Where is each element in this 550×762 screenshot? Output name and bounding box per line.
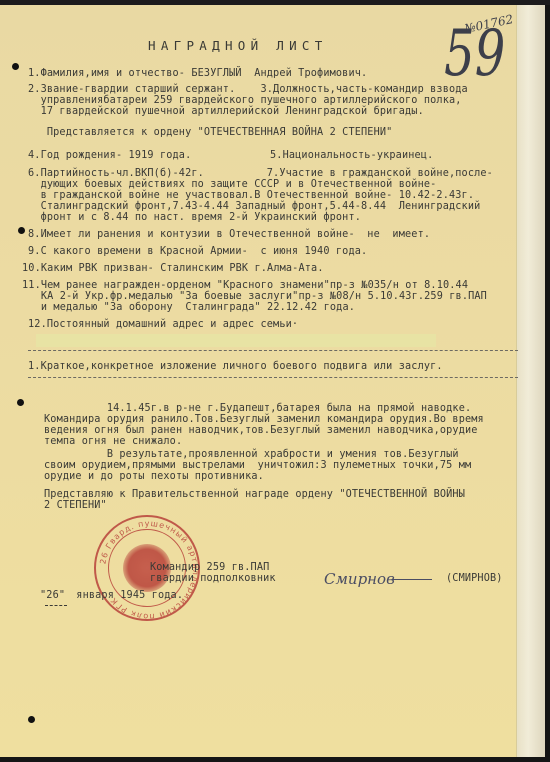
field-3-unit-line2: управлениябатареи 259 гвардейского пушеч…	[28, 95, 462, 106]
signer-name: (СМИРНОВ)	[446, 573, 503, 584]
punch-hole-middle	[18, 227, 25, 234]
field-12-home-address: 12.Постоянный домашний адрес и адрес сем…	[28, 319, 298, 330]
citation-line-3: ведения огня был ранен наводчик,тов.Безу…	[44, 425, 478, 436]
citation-line-7: орудие и до роты пехоты противника.	[44, 471, 264, 482]
nomination-line-2: 2 СТЕПЕНИ"	[44, 500, 107, 511]
field-11-awards-line3: и медалью "За оборону Сталинграда" 22.12…	[22, 302, 355, 313]
citation-line-4: темпа огня не снижало.	[44, 436, 182, 447]
field-4-birth-year: 4.Год рождения- 1919 года.	[28, 150, 191, 161]
punch-hole-lower	[17, 399, 24, 406]
field-7-line5: фронт и с 8.44 по наст. время 2-й Украин…	[28, 212, 361, 223]
punch-hole-bottom	[28, 716, 35, 723]
field-7-line3: в гражданской войне не участвовал.В Отеч…	[28, 190, 474, 201]
field-6-party: 6.Партийность-чл.ВКП(б)-42г. 7.Участие в…	[28, 168, 493, 179]
citation-line-2: Командира орудия ранило.Тов.Безуглый зам…	[44, 414, 484, 425]
citation-line-1: 14.1.45г.в р-не г.Будапешт,батарея была …	[44, 403, 471, 414]
document-title: НАГРАДНОЙ ЛИСТ	[148, 38, 328, 53]
field-5-nationality: 5.Национальность-украинец.	[270, 150, 433, 161]
citation-line-5: В результате,проявленной храбрости и уме…	[44, 449, 459, 460]
signer-position: Командир 259 гв.ПАП	[150, 562, 269, 573]
award-sheet-page: НАГРАДНОЙ ЛИСТ 59 №01762 1.Фамилия,имя и…	[0, 5, 550, 757]
field-8-wounds: 8.Имеет ли ранения и контузии в Отечеств…	[28, 229, 430, 240]
field-1-full-name: 1.Фамилия,имя и отчество- БЕЗУГЛЫЙ Андре…	[28, 68, 367, 79]
field-11-awards-line2: КА 2-й Укр.фр.медалью "За боевые заслуги…	[22, 291, 487, 302]
torn-paper-strip	[516, 5, 545, 757]
order-nomination: Представляется к ордену "ОТЕЧЕСТВЕННАЯ В…	[28, 127, 392, 138]
field-7-line4: Сталинградский фронт,7.43-4.44 Западный …	[28, 201, 480, 212]
field-2-rank-position: 2.Звание-гвардии старший сержант. 3.Долж…	[28, 84, 468, 95]
field-11-awards-line1: 11.Чем ранее награжден-орденом "Красного…	[22, 280, 468, 291]
field-7-line2: дующих боевых действиях по защите СССР и…	[28, 179, 436, 190]
handwritten-signature: Смирнов	[324, 570, 395, 588]
citation-line-6: своим орудием,прямыми выстрелами уничтож…	[44, 460, 471, 471]
scan-edge-right	[545, 5, 550, 757]
nomination-line-1: Представляю к Правительственной награде …	[44, 489, 465, 500]
signer-rank: гвардии подполковник	[150, 573, 276, 584]
field-9-service-since: 9.С какого времени в Красной Армии- с ию…	[28, 246, 367, 257]
punch-hole-top	[12, 63, 19, 70]
date-underline	[45, 605, 67, 606]
date-day: "26"	[40, 590, 65, 601]
separator-1	[28, 350, 518, 351]
scan-edge-bottom	[0, 757, 550, 762]
field-3-unit-line3: 17 гвардейской пушечной артиллерийской Л…	[28, 106, 424, 117]
section-2-heading: 1.Краткое,конкретное изложение личного б…	[28, 361, 443, 372]
date-month-year: января 1945 года.	[70, 590, 183, 601]
field-10-draft-office: 10.Каким РВК призван- Сталинским РВК г.А…	[22, 263, 324, 274]
address-redaction	[36, 334, 436, 347]
signature-stroke	[392, 579, 432, 580]
separator-2	[28, 377, 518, 378]
